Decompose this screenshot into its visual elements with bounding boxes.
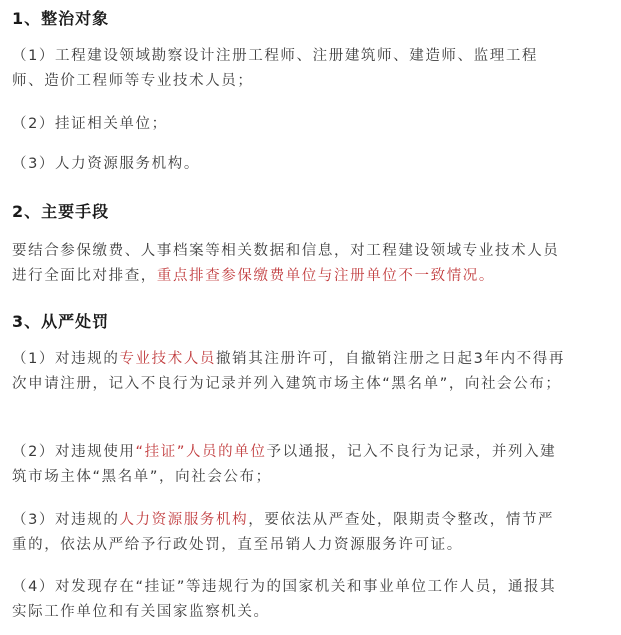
- section-heading-means: 2、主要手段: [12, 199, 109, 222]
- text-normal: （1）对违规的: [12, 351, 119, 367]
- paragraph-penalty-3: （3）对违规的人力资源服务机构，要依法从严查处，限期责令整改，情节严重的，依法从…: [12, 508, 567, 558]
- paragraph-target-2: （2）挂证相关单位；: [12, 112, 567, 137]
- text-highlight: 专业技术人员: [119, 351, 216, 367]
- text-highlight: “挂证”人员的单位: [136, 444, 267, 460]
- section-heading-penalty: 3、从严处罚: [12, 309, 109, 332]
- paragraph-penalty-4: （4）对发现存在“挂证”等违规行为的国家机关和事业单位工作人员，通报其实际工作单…: [12, 575, 567, 625]
- paragraph-means: 要结合参保缴费、人事档案等相关数据和信息，对工程建设领域专业技术人员进行全面比对…: [12, 239, 567, 289]
- text-highlight: 人力资源服务机构: [119, 512, 248, 528]
- paragraph-penalty-2: （2）对违规使用“挂证”人员的单位予以通报，记入不良行为记录，并列入建筑市场主体…: [12, 440, 567, 490]
- section-heading-targets: 1、整治对象: [12, 6, 109, 29]
- paragraph-target-1: （1）工程建设领域勘察设计注册工程师、注册建筑师、建造师、监理工程师、造价工程师…: [12, 44, 567, 94]
- text-highlight: 重点排查参保缴费单位与注册单位不一致情况。: [157, 268, 495, 284]
- text-normal: （2）对违规使用: [12, 444, 136, 460]
- paragraph-target-3: （3）人力资源服务机构。: [12, 152, 567, 177]
- paragraph-penalty-1: （1）对违规的专业技术人员撤销其注册许可，自撤销注册之日起3年内不得再次申请注册…: [12, 347, 567, 397]
- text-normal: （3）对违规的: [12, 512, 119, 528]
